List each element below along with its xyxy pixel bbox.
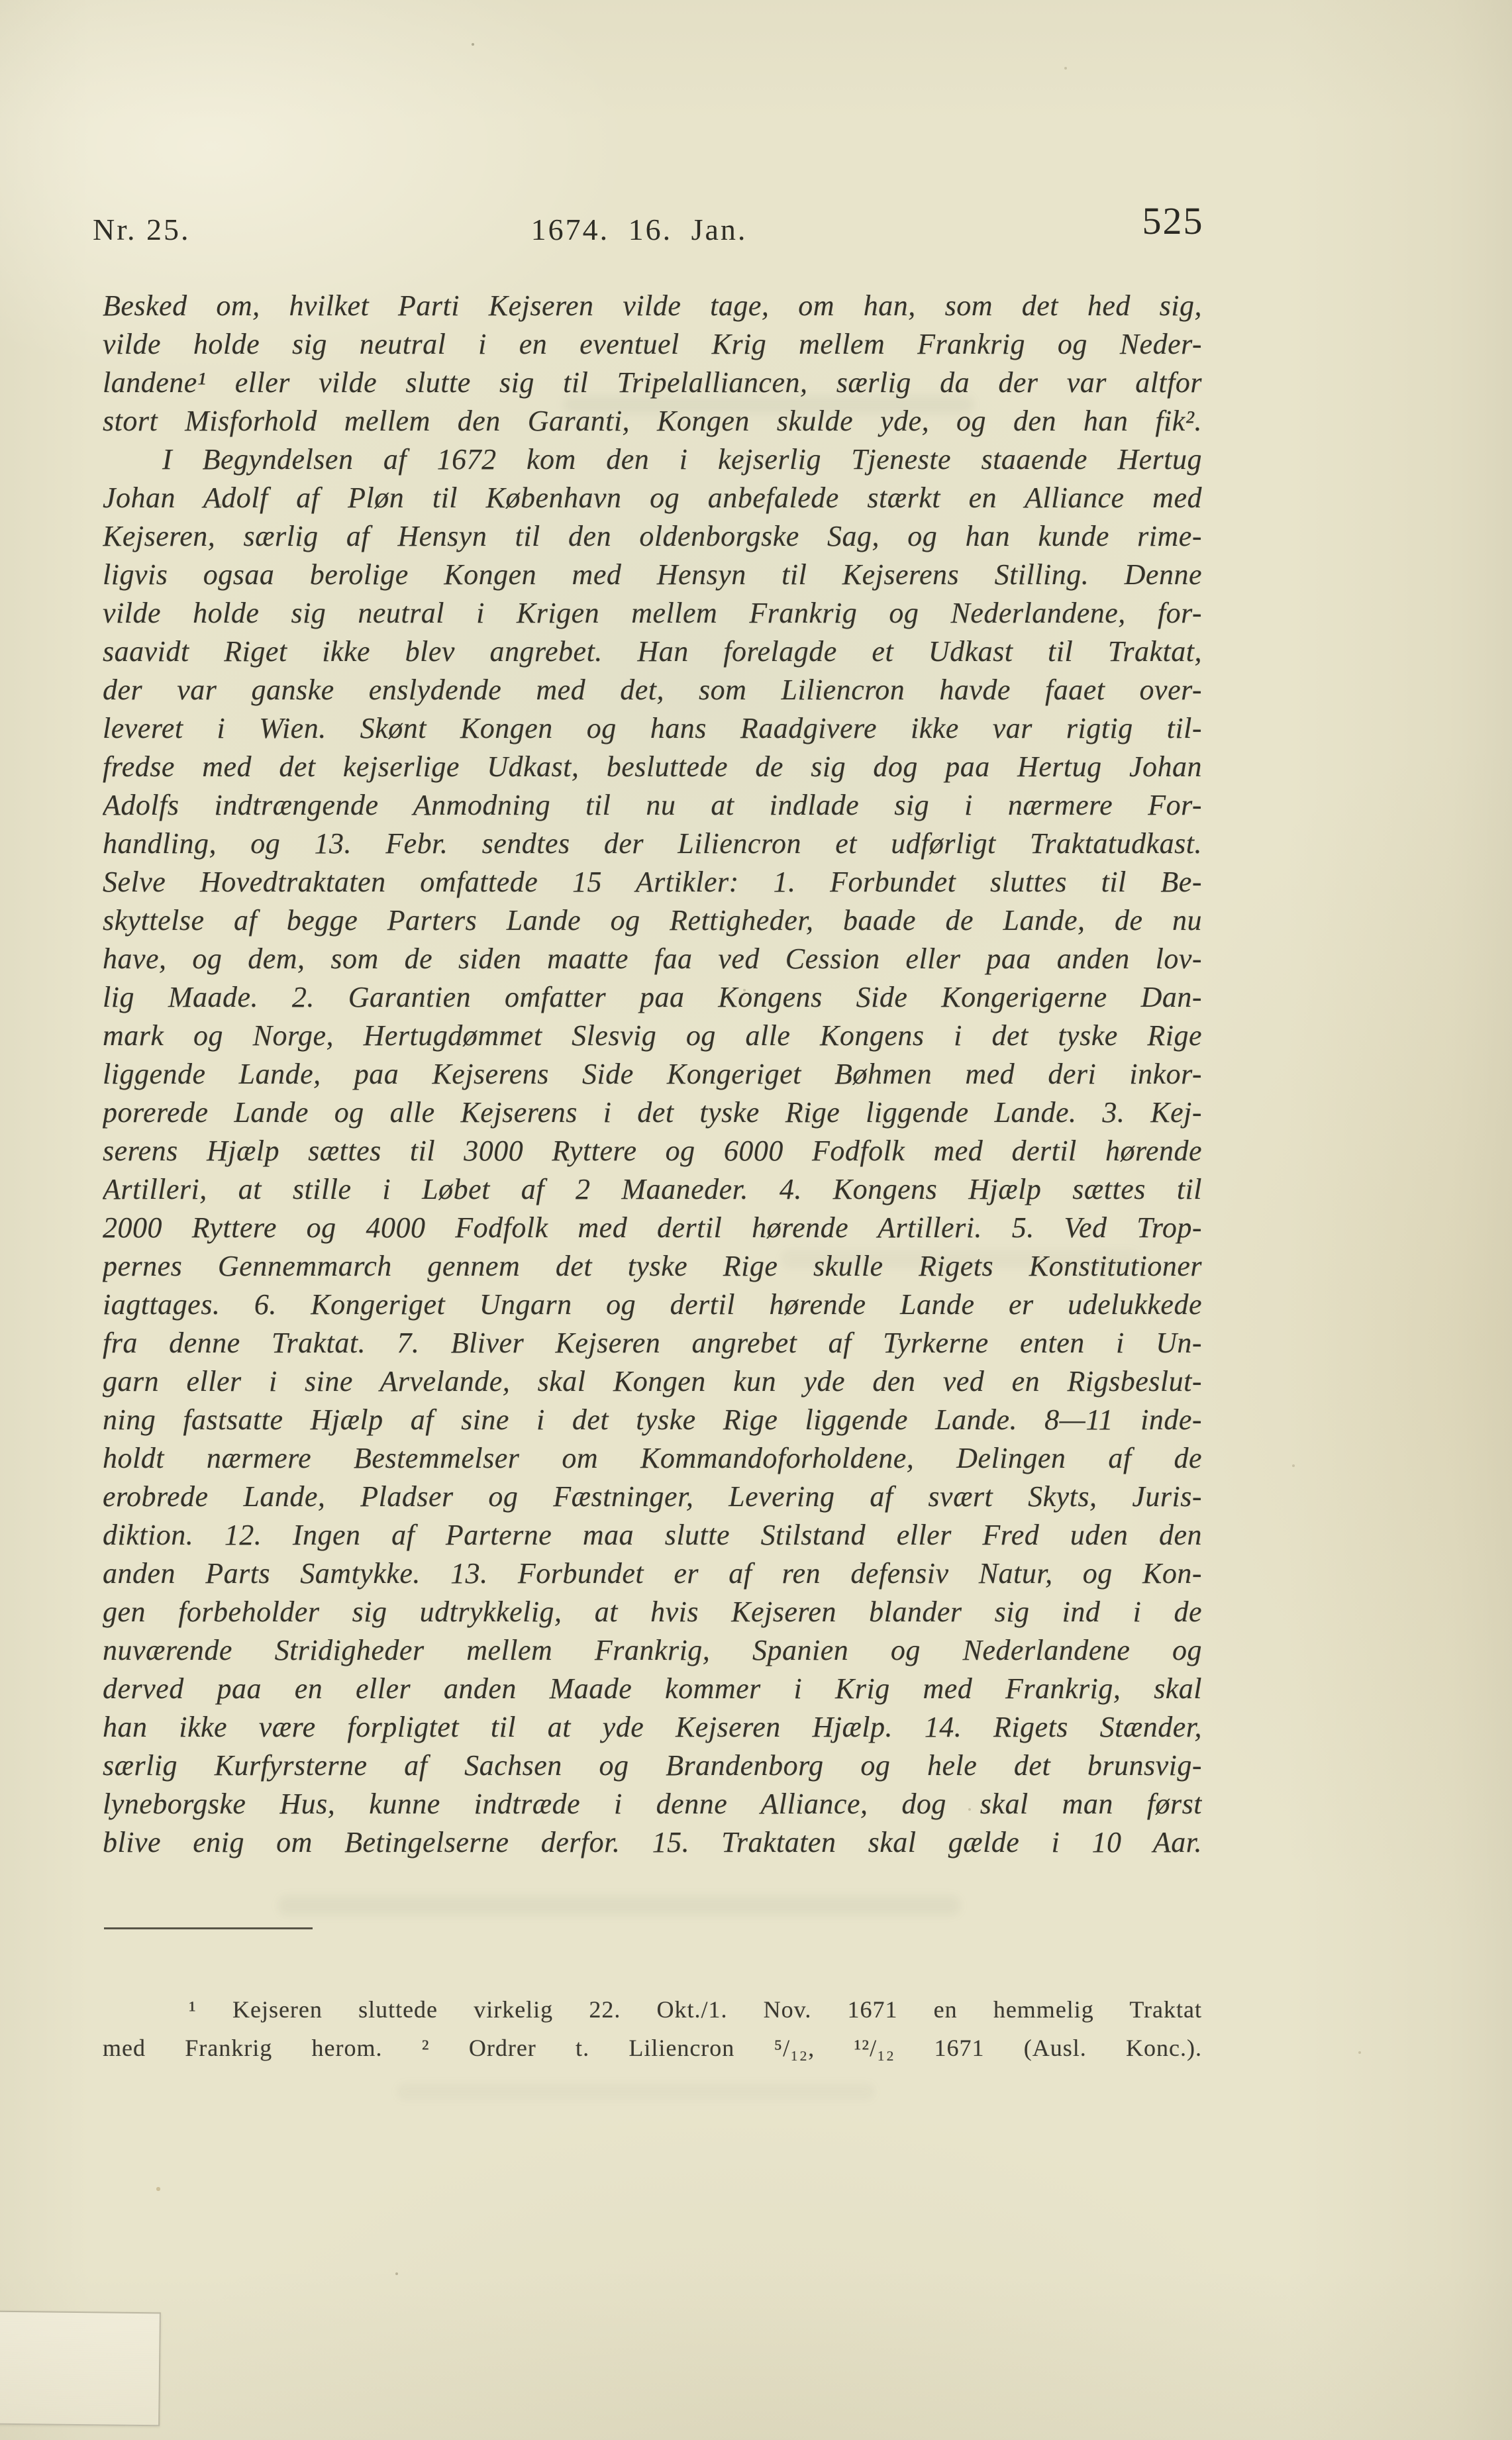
- text-line: særlig Kurfyrsterne af Sachsen og Brande…: [103, 1747, 1202, 1785]
- text-line: leveret i Wien. Skønt Kongen og hans Raa…: [103, 709, 1202, 748]
- text-line: mark og Norge, Hertugdømmet Slesvig og a…: [103, 1017, 1202, 1055]
- book-page: Nr. 25. 1674. 16. Jan. 525 Besked om, hv…: [0, 0, 1512, 2440]
- text-line: Adolfs indtrængende Anmodning til nu at …: [103, 786, 1202, 825]
- text-line: der var ganske enslydende med det, som L…: [103, 671, 1202, 709]
- text-line: erobrede Lande, Pladser og Fæstninger, L…: [103, 1478, 1202, 1516]
- text-line: stort Misforhold mellem den Garanti, Kon…: [103, 402, 1202, 440]
- footnote-line: med Frankrig herom. ² Ordrer t. Liliencr…: [103, 2029, 1202, 2067]
- show-through-ghost: [278, 1896, 960, 1915]
- text-line: saavidt Riget ikke blev angrebet. Han fo…: [103, 633, 1202, 671]
- text-line: blive enig om Betingelserne derfor. 15. …: [103, 1823, 1202, 1862]
- dust-specks: [0, 0, 1, 1]
- text-line: Kejseren, særlig af Hensyn til den olden…: [103, 517, 1202, 556]
- text-line: pernes Gennemmarch gennem det tyske Rige…: [103, 1247, 1202, 1286]
- text-line: fredse med det kejserlige Udkast, beslut…: [103, 748, 1202, 786]
- text-line: skyttelse af begge Parters Lande og Rett…: [103, 901, 1202, 940]
- text-line: derved paa en eller anden Maade kommer i…: [103, 1670, 1202, 1708]
- text-line: ning fastsatte Hjælp af sine i det tyske…: [103, 1401, 1202, 1439]
- text-line: Artilleri, at stille i Løbet af 2 Maaned…: [103, 1170, 1202, 1209]
- date-heading: 1674. 16. Jan.: [103, 213, 1176, 246]
- text-line: I Begyndelsen af 1672 kom den i kejserli…: [103, 440, 1202, 479]
- text-line: Johan Adolf af Pløn til København og anb…: [103, 479, 1202, 517]
- text-line: liggende Lande, paa Kejserens Side Konge…: [103, 1055, 1202, 1093]
- text-line: vilde holde sig neutral i en eventuel Kr…: [103, 325, 1202, 364]
- text-line: Selve Hovedtraktaten omfattede 15 Artikl…: [103, 863, 1202, 901]
- text-line: serens Hjælp sættes til 3000 Ryttere og …: [103, 1132, 1202, 1170]
- show-through-ghost: [397, 2084, 874, 2100]
- repair-patch: [0, 2311, 161, 2427]
- text-line: landene¹ eller vilde slutte sig til Trip…: [103, 364, 1202, 402]
- text-line: iagttages. 6. Kongeriget Ungarn og derti…: [103, 1286, 1202, 1324]
- text-line: have, og dem, som de siden maatte faa ve…: [103, 940, 1202, 978]
- text-line: handling, og 13. Febr. sendtes der Lilie…: [103, 825, 1202, 863]
- text-line: porerede Lande og alle Kejserens i det t…: [103, 1093, 1202, 1132]
- text-line: ligvis ogsaa berolige Kongen med Hensyn …: [103, 556, 1202, 594]
- text-line: Besked om, hvilket Parti Kejseren vilde …: [103, 287, 1202, 325]
- text-line: nuværende Stridigheder mellem Frankrig, …: [103, 1631, 1202, 1670]
- footnote-line: ¹ Kejseren sluttede virkelig 22. Okt./1.…: [103, 1990, 1202, 2029]
- text-line: holdt nærmere Bestemmelser om Kommandofo…: [103, 1439, 1202, 1478]
- text-line: vilde holde sig neutral i Krigen mellem …: [103, 594, 1202, 633]
- text-line: 2000 Ryttere og 4000 Fodfolk med dertil …: [103, 1209, 1202, 1247]
- text-line: diktion. 12. Ingen af Parterne maa slutt…: [103, 1516, 1202, 1554]
- page-number: 525: [1136, 200, 1209, 242]
- footnote-separator-rule: [104, 1927, 313, 1929]
- text-line: anden Parts Samtykke. 13. Forbundet er a…: [103, 1554, 1202, 1593]
- text-line: han ikke være forpligtet til at yde Kejs…: [103, 1708, 1202, 1747]
- text-line: lig Maade. 2. Garantien omfatter paa Kon…: [103, 978, 1202, 1017]
- text-line: fra denne Traktat. 7. Bliver Kejseren an…: [103, 1324, 1202, 1362]
- footnotes: ¹ Kejseren sluttede virkelig 22. Okt./1.…: [103, 1990, 1202, 2067]
- text-line: gen forbeholder sig udtrykkelig, at hvis…: [103, 1593, 1202, 1631]
- text-line: lyneborgske Hus, kunne indtræde i denne …: [103, 1785, 1202, 1823]
- regest-text: Besked om, hvilket Parti Kejseren vilde …: [103, 287, 1202, 1862]
- text-line: garn eller i sine Arvelande, skal Kongen…: [103, 1362, 1202, 1401]
